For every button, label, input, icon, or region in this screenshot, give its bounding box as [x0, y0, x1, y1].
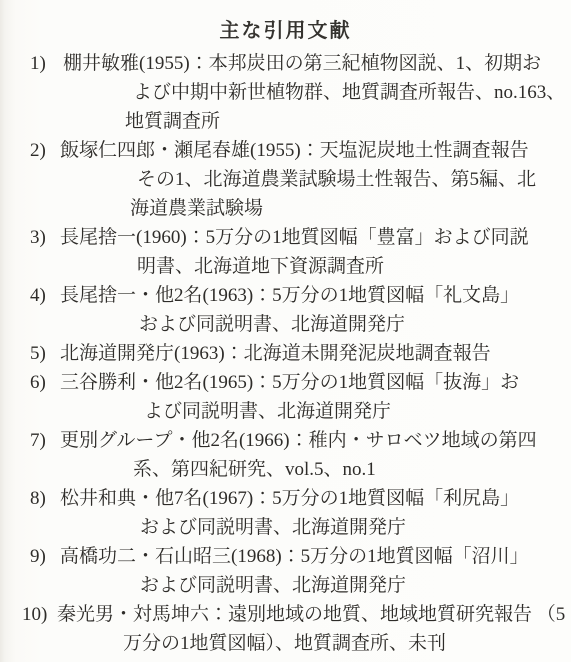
reference-item: 6)三谷勝利・他2名(1965)：5万分の1地質図幅「抜海」お よび同説明書、北… — [0, 368, 571, 426]
reference-item: 5)北海道開発庁(1963)：北海道未開発泥炭地調査報告 — [0, 339, 571, 368]
reference-line: および同説明書、北海道開発庁 — [0, 571, 571, 600]
reference-line: 2)飯塚仁四郎・瀬尾春雄(1955)：天塩泥炭地土性調査報告 — [0, 136, 571, 165]
reference-line: 系、第四紀研究、vol.5、no.1 — [0, 455, 571, 484]
reference-number: 10) — [22, 600, 57, 629]
reference-item: 2)飯塚仁四郎・瀬尾春雄(1955)：天塩泥炭地土性調査報告 その1、北海道農業… — [0, 136, 571, 223]
reference-text: 更別グループ・他2名(1966)：稚内・サロベツ地域の第四 — [60, 430, 537, 451]
reference-line: 明書、北海道地下資源調査所 — [0, 252, 571, 281]
reference-number: 8) — [30, 484, 60, 513]
reference-line: よび中期中新世植物群、地質調査所報告、no.163、 — [0, 78, 571, 107]
reference-line: 万分の1地質図幅）、地質調査所、未刊 — [0, 629, 571, 658]
reference-line: 1)棚井敏雅(1955)：本邦炭田の第三紀植物図説、1、初期お — [0, 49, 571, 78]
page-title: 主な引用文献 — [0, 0, 571, 43]
reference-item: 1)棚井敏雅(1955)：本邦炭田の第三紀植物図説、1、初期お よび中期中新世植… — [0, 49, 571, 136]
reference-text: 長尾捨一(1960)：5万分の1地質図幅「豊富」および同説 — [60, 227, 529, 248]
reference-line: および同説明書、北海道開発庁 — [0, 513, 571, 542]
reference-line: 4)長尾捨一・他2名(1963)：5万分の1地質図幅「礼文島」 — [0, 281, 571, 310]
reference-item: 4)長尾捨一・他2名(1963)：5万分の1地質図幅「礼文島」 および同説明書、… — [0, 281, 571, 339]
reference-number: 9) — [30, 542, 60, 571]
reference-list: 1)棚井敏雅(1955)：本邦炭田の第三紀植物図説、1、初期お よび中期中新世植… — [0, 49, 571, 658]
reference-line: 3)長尾捨一(1960)：5万分の1地質図幅「豊富」および同説 — [0, 223, 571, 252]
reference-line: 9)高橋功二・石山昭三(1968)：5万分の1地質図幅「沼川」 — [0, 542, 571, 571]
reference-line: 7)更別グループ・他2名(1966)：稚内・サロベツ地域の第四 — [0, 426, 571, 455]
reference-text: 高橋功二・石山昭三(1968)：5万分の1地質図幅「沼川」 — [60, 546, 529, 567]
reference-number: 2) — [30, 136, 60, 165]
reference-number: 5) — [30, 339, 60, 368]
reference-number: 1) — [30, 49, 63, 78]
reference-line: 地質調査所 — [0, 107, 571, 136]
reference-item: 7)更別グループ・他2名(1966)：稚内・サロベツ地域の第四 系、第四紀研究、… — [0, 426, 571, 484]
reference-text: 飯塚仁四郎・瀬尾春雄(1955)：天塩泥炭地土性調査報告 — [60, 140, 529, 161]
reference-number: 6) — [30, 368, 60, 397]
reference-line: よび同説明書、北海道開発庁 — [0, 397, 571, 426]
reference-line: 5)北海道開発庁(1963)：北海道未開発泥炭地調査報告 — [0, 339, 571, 368]
reference-number: 4) — [30, 281, 60, 310]
reference-line: 8)松井和典・他7名(1967)：5万分の1地質図幅「利尻島」 — [0, 484, 571, 513]
reference-line: 海道農業試験場 — [0, 194, 571, 223]
reference-line: および同説明書、北海道開発庁 — [0, 310, 571, 339]
document-page: 主な引用文献 1)棚井敏雅(1955)：本邦炭田の第三紀植物図説、1、初期お よ… — [0, 0, 571, 662]
reference-number: 7) — [30, 426, 60, 455]
reference-line: 6)三谷勝利・他2名(1965)：5万分の1地質図幅「抜海」お — [0, 368, 571, 397]
reference-text: 棚井敏雅(1955)：本邦炭田の第三紀植物図説、1、初期お — [63, 53, 541, 74]
reference-text: 北海道開発庁(1963)：北海道未開発泥炭地調査報告 — [60, 343, 491, 364]
reference-item: 3)長尾捨一(1960)：5万分の1地質図幅「豊富」および同説 明書、北海道地下… — [0, 223, 571, 281]
reference-text: 松井和典・他7名(1967)：5万分の1地質図幅「利尻島」 — [60, 488, 519, 509]
reference-text: 長尾捨一・他2名(1963)：5万分の1地質図幅「礼文島」 — [60, 285, 519, 306]
reference-text: 秦光男・対馬坤六：遠別地域の地質、地域地質研究報告 （5 — [57, 604, 565, 625]
reference-line: 10)秦光男・対馬坤六：遠別地域の地質、地域地質研究報告 （5 — [0, 600, 571, 629]
reference-number: 3) — [30, 223, 60, 252]
reference-item: 8)松井和典・他7名(1967)：5万分の1地質図幅「利尻島」 および同説明書、… — [0, 484, 571, 542]
reference-line: その1、北海道農業試験場土性報告、第5編、北 — [0, 165, 571, 194]
reference-text: 三谷勝利・他2名(1965)：5万分の1地質図幅「抜海」お — [60, 372, 519, 393]
reference-item: 9)高橋功二・石山昭三(1968)：5万分の1地質図幅「沼川」 および同説明書、… — [0, 542, 571, 600]
reference-item: 10)秦光男・対馬坤六：遠別地域の地質、地域地質研究報告 （5 万分の1地質図幅… — [0, 600, 571, 658]
